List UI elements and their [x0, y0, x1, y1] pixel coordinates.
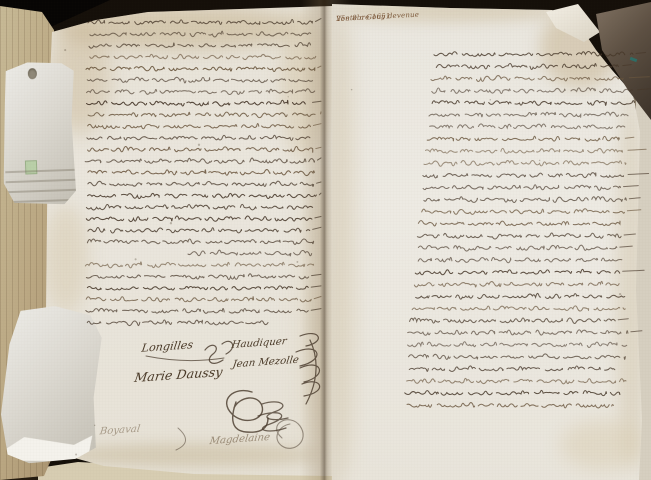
- stain: [282, 10, 326, 160]
- stain: [330, 10, 358, 480]
- cloth-fold-bands: [5, 169, 76, 203]
- stain: [560, 420, 645, 470]
- cloth-notch: [28, 68, 37, 79]
- right-page: [330, 0, 651, 480]
- cloth-fragment-top: [0, 61, 81, 209]
- cloth-fragment-bottom: [0, 304, 103, 467]
- stain: [60, 444, 320, 466]
- manuscript-scan: Vente a Gouy devenue 25e 8bre 1651 Longi…: [0, 0, 651, 480]
- stain: [44, 204, 88, 314]
- stain: [300, 154, 330, 454]
